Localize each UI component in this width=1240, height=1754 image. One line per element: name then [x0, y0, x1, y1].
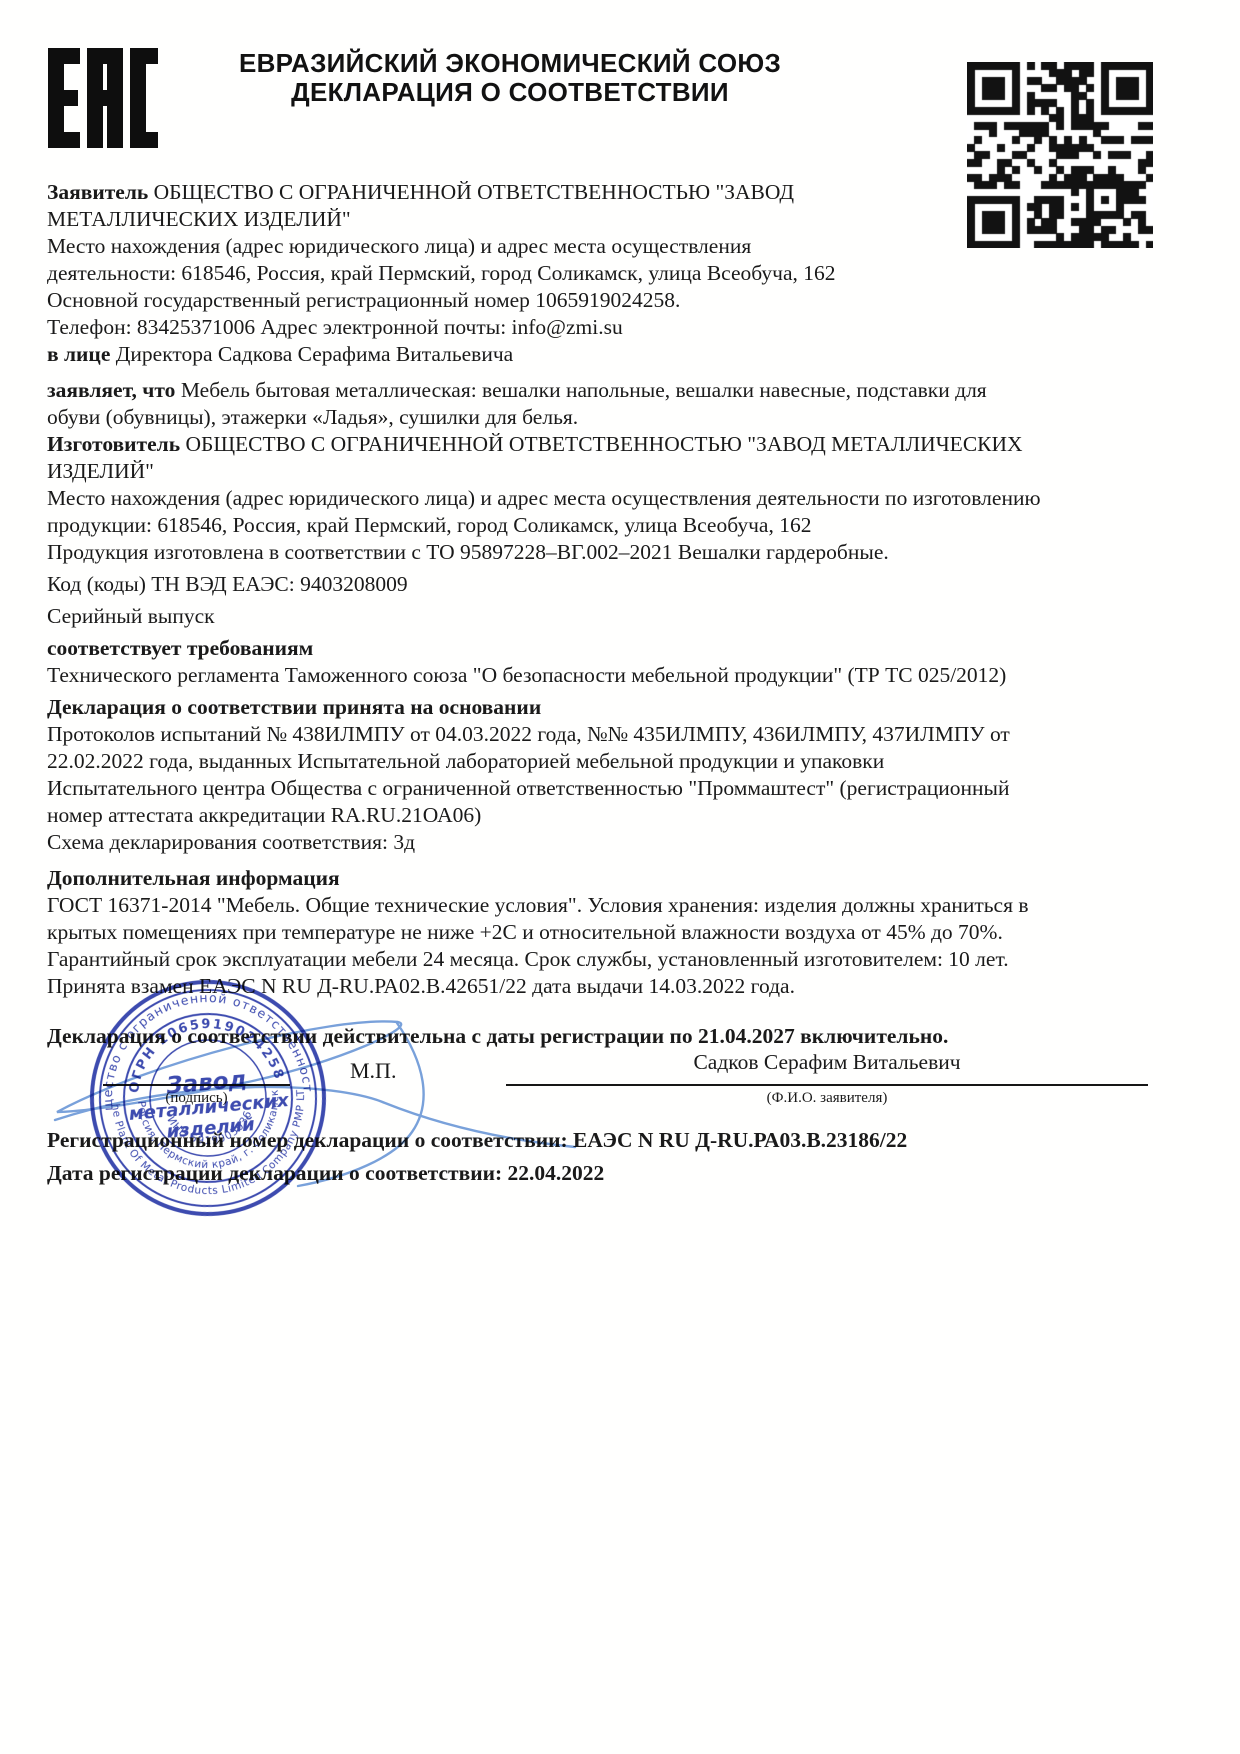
- paragraph-applicant-address: Место нахождения (адрес юридического лиц…: [47, 233, 1167, 287]
- paragraph-additional-info-heading: Дополнительная информация: [47, 865, 1167, 892]
- document-title-line2: ДЕКЛАРАЦИЯ О СООТВЕТСТВИИ: [230, 78, 790, 107]
- company-stamp: Общество с ограниченной ответственностью…: [73, 963, 344, 1234]
- mp-seal-label: М.П.: [350, 1058, 396, 1084]
- registration-date-value: 22.04.2022: [508, 1161, 605, 1185]
- paragraph-basis-heading: Декларация о соответствии принята на осн…: [47, 694, 1167, 721]
- paragraph-serial-issue: Серийный выпуск: [47, 603, 1167, 630]
- paragraph-regulation: Технического регламента Таможенного союз…: [47, 662, 1167, 689]
- paragraph-declares: заявляет, что Мебель бытовая металлическ…: [47, 377, 1167, 431]
- paragraph-test-protocols: Протоколов испытаний № 438ИЛМПУ от 04.03…: [47, 721, 1167, 829]
- signer-name-caption: (Ф.И.О. заявителя): [506, 1090, 1148, 1107]
- document-body: Заявитель ОБЩЕСТВО С ОГРАНИЧЕННОЙ ОТВЕТС…: [47, 179, 1167, 1000]
- paragraph-product-standard: Продукция изготовлена в соответствии с Т…: [47, 539, 1167, 566]
- paragraph-in-person: в лице Директора Садкова Серафима Виталь…: [47, 341, 1167, 368]
- paragraph-phone-email: Телефон: 83425371006 Адрес электронной п…: [47, 314, 1167, 341]
- paragraph-manufacturer-address: Место нахождения (адрес юридического лиц…: [47, 485, 1167, 539]
- eac-logo: [48, 48, 158, 148]
- paragraph-applicant: Заявитель ОБЩЕСТВО С ОГРАНИЧЕННОЙ ОТВЕТС…: [47, 179, 1167, 233]
- signer-name-underline: [506, 1084, 1148, 1086]
- signer-name: Садков Серафим Витальевич: [506, 1050, 1148, 1075]
- paragraph-declaration-scheme: Схема декларирования соответствия: 3д: [47, 829, 1167, 856]
- paragraph-ogrn: Основной государственный регистрационный…: [47, 287, 1167, 314]
- paragraph-manufacturer: Изготовитель ОБЩЕСТВО С ОГРАНИЧЕННОЙ ОТВ…: [47, 431, 1167, 485]
- paragraph-meets-requirements-heading: соответствует требованиям: [47, 635, 1167, 662]
- declaration-document-page: ЕВРАЗИЙСКИЙ ЭКОНОМИЧЕСКИЙ СОЮЗ ДЕКЛАРАЦИ…: [0, 0, 1240, 1754]
- registration-number-value: ЕАЭС N RU Д-RU.РА03.В.23186/22: [573, 1128, 907, 1152]
- document-title-line1: ЕВРАЗИЙСКИЙ ЭКОНОМИЧЕСКИЙ СОЮЗ: [230, 49, 790, 78]
- document-title: ЕВРАЗИЙСКИЙ ЭКОНОМИЧЕСКИЙ СОЮЗ ДЕКЛАРАЦИ…: [230, 49, 790, 107]
- paragraph-tnved-code: Код (коды) ТН ВЭД ЕАЭС: 9403208009: [47, 571, 1167, 598]
